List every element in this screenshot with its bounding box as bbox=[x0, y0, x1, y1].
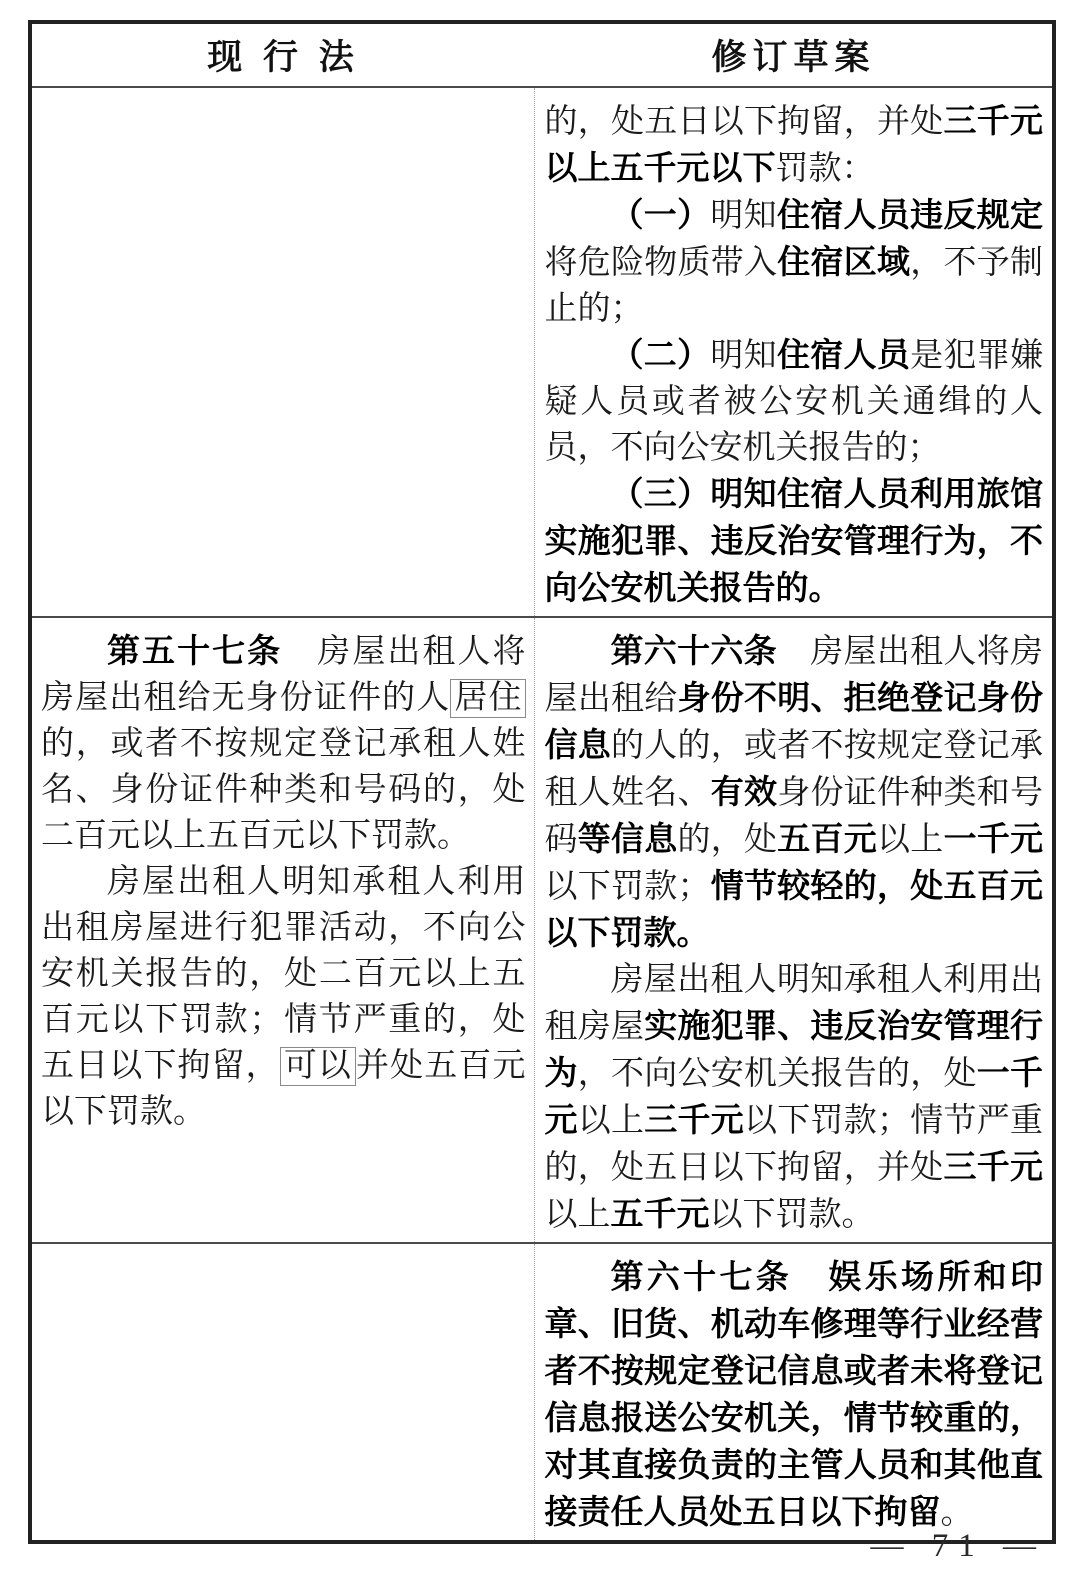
document-page: 现 行 法 修订草案 的，处五日以下拘留，并处三千元以上五千元以下罚款：（一）明… bbox=[0, 0, 1080, 1596]
revised-bold-text: （三）明知住宿人员利用旅馆实施犯罪、违反治安管理行为，不向公安机关报告的。 bbox=[544, 475, 1043, 606]
text-segment: 的，或者不按规定登记承租人姓名、身份证件种类和号码的，处二百元以上五百元以下罚款… bbox=[41, 726, 525, 854]
column-header-revised-draft: 修订草案 bbox=[535, 22, 1054, 87]
text-segment: 以下罚款； bbox=[544, 869, 710, 905]
revised-bold-text: （二） bbox=[610, 336, 710, 373]
text-segment: 的，处 bbox=[678, 822, 778, 858]
boxed-deleted-text: 可以 bbox=[280, 1047, 356, 1086]
paragraph: 第六十六条 房屋出租人将房屋出租给身份不明、拒绝登记身份信息的人的，或者不按规定… bbox=[544, 628, 1043, 957]
table-row: 的，处五日以下拘留，并处三千元以上五千元以下罚款：（一）明知住宿人员违反规定将危… bbox=[30, 87, 1054, 617]
revised-bold-text: 第六十六条 bbox=[610, 632, 776, 669]
revised-bold-text: （一） bbox=[610, 196, 710, 233]
text-segment: 以上 bbox=[544, 1197, 610, 1233]
law-comparison-table: 现 行 法 修订草案 的，处五日以下拘留，并处三千元以上五千元以下罚款：（一）明… bbox=[28, 20, 1056, 1544]
text-segment: 以上 bbox=[877, 822, 944, 858]
column-header-current-law: 现 行 法 bbox=[30, 22, 535, 87]
text-segment: ，不向公安机关报告的，处 bbox=[578, 1056, 977, 1092]
cell-revised-draft-row3: 第六十七条 娱乐场所和印章、旧货、机动车修理等行业经营者不按规定登记信息或者未将… bbox=[535, 1243, 1054, 1542]
revised-bold-text: 三千元 bbox=[944, 1148, 1044, 1185]
revised-bold-text: 一千元 bbox=[944, 820, 1044, 857]
table-header-row: 现 行 法 修订草案 bbox=[30, 22, 1054, 87]
cell-revised-draft-row2: 第六十六条 房屋出租人将房屋出租给身份不明、拒绝登记身份信息的人的，或者不按规定… bbox=[535, 617, 1054, 1243]
cell-current-law-row3 bbox=[30, 1243, 535, 1542]
revised-bold-text: 第六十七条 娱乐场所和印章、旧货、机动车修理等行业经营者不按规定登记信息或者未将… bbox=[544, 1258, 1043, 1530]
cell-current-law-row2: 第五十七条 房屋出租人将房屋出租给无身份证件的人居住的，或者不按规定登记承租人姓… bbox=[30, 617, 535, 1243]
revised-bold-text: 住宿人员 bbox=[777, 336, 910, 373]
boxed-deleted-text: 居住 bbox=[450, 679, 525, 718]
paragraph: （三）明知住宿人员利用旅馆实施犯罪、违反治安管理行为，不向公安机关报告的。 bbox=[544, 471, 1043, 612]
cell-revised-draft-row1: 的，处五日以下拘留，并处三千元以上五千元以下罚款：（一）明知住宿人员违反规定将危… bbox=[535, 87, 1054, 617]
revised-bold-text: 三千元 bbox=[644, 1101, 744, 1138]
text-segment: 以下罚款。 bbox=[709, 1197, 874, 1233]
text-segment: 的，处五日以下拘留，并处 bbox=[544, 104, 943, 140]
table-row: 第六十七条 娱乐场所和印章、旧货、机动车修理等行业经营者不按规定登记信息或者未将… bbox=[30, 1243, 1054, 1542]
revised-bold-text: 第五十七条 bbox=[107, 632, 282, 669]
revised-bold-text: 住宿人员违反规定 bbox=[777, 196, 1043, 233]
text-segment: 明知 bbox=[710, 198, 777, 234]
text-segment: 。 bbox=[940, 1495, 973, 1531]
paragraph: 房屋出租人明知承租人利用出租房屋进行犯罪活动，不向公安机关报告的，处二百元以上五… bbox=[41, 859, 525, 1135]
text-segment: 以上 bbox=[578, 1103, 645, 1139]
revised-bold-text: 等信息 bbox=[578, 820, 678, 857]
page-number: — 71 — bbox=[646, 1528, 1046, 1565]
paragraph: 的，处五日以下拘留，并处三千元以上五千元以下罚款： bbox=[544, 98, 1043, 192]
paragraph: 第六十七条 娱乐场所和印章、旧货、机动车修理等行业经营者不按规定登记信息或者未将… bbox=[544, 1254, 1043, 1536]
revised-bold-text: 五百元 bbox=[777, 820, 877, 857]
paragraph: （二）明知住宿人员是犯罪嫌疑人员或者被公安机关通缉的人员，不向公安机关报告的； bbox=[544, 332, 1043, 471]
text-segment: 罚款： bbox=[775, 151, 874, 187]
cell-current-law-row1 bbox=[30, 87, 535, 617]
text-segment: 将危险物质带入 bbox=[544, 245, 777, 281]
revised-bold-text: 五千元 bbox=[610, 1195, 709, 1232]
text-segment: 明知 bbox=[710, 338, 777, 374]
revised-bold-text: 有效 bbox=[711, 773, 778, 810]
revised-bold-text: 住宿区域 bbox=[777, 243, 910, 280]
paragraph: （一）明知住宿人员违反规定将危险物质带入住宿区域，不予制止的； bbox=[544, 192, 1043, 332]
paragraph: 第五十七条 房屋出租人将房屋出租给无身份证件的人居住的，或者不按规定登记承租人姓… bbox=[41, 628, 525, 859]
paragraph: 房屋出租人明知承租人利用出租房屋实施犯罪、违反治安管理行为，不向公安机关报告的，… bbox=[544, 957, 1043, 1238]
table-row: 第五十七条 房屋出租人将房屋出租给无身份证件的人居住的，或者不按规定登记承租人姓… bbox=[30, 617, 1054, 1243]
